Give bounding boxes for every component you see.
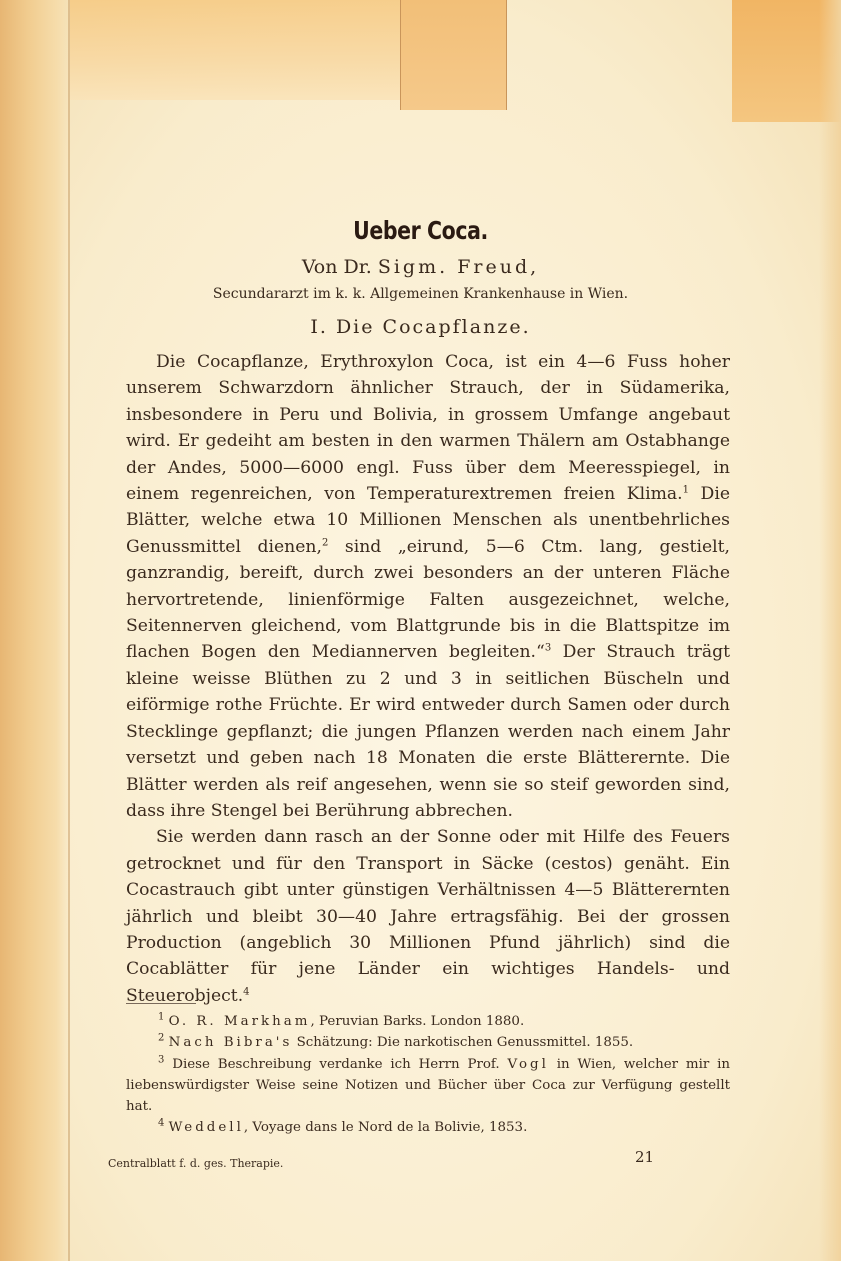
footnote-ref: 4 [243, 986, 249, 997]
footnotes: 1 O. R. Markham, Peruvian Barks. London … [126, 1011, 730, 1139]
journal-footer: Centralblatt f. d. ges. Therapie. [108, 1157, 283, 1170]
paragraph: Die Cocapflanze, Erythroxylon Coca, ist … [126, 349, 730, 824]
paragraph: Sie werden dann rasch an der Sonne oder … [126, 824, 730, 1009]
article-title: Ueber Coca. [76, 216, 766, 245]
footnote: 2 Nach Bibra's Schätzung: Die narkotisch… [126, 1032, 730, 1053]
author-affiliation: Secundararzt im k. k. Allgemeinen Kranke… [0, 286, 841, 302]
author-line: Von Dr. Sigm. Freud, [0, 256, 841, 278]
section-heading: I. Die Cocapflanze. [0, 316, 841, 338]
footnote: 1 O. R. Markham, Peruvian Barks. London … [126, 1011, 730, 1032]
footnote: 3 Diese Beschreibung verdanke ich Herrn … [126, 1054, 730, 1118]
author-prefix: Von Dr. [302, 256, 372, 278]
author-name: Sigm. Freud, [378, 256, 539, 278]
footnote: 4 Weddell, Voyage dans le Nord de la Bol… [126, 1117, 730, 1138]
page-number: 21 [635, 1148, 654, 1166]
page-content: Ueber Coca. Von Dr. Sigm. Freud, Secunda… [0, 0, 841, 1261]
body-text: Die Cocapflanze, Erythroxylon Coca, ist … [126, 349, 730, 1009]
footnote-divider [126, 1003, 196, 1004]
